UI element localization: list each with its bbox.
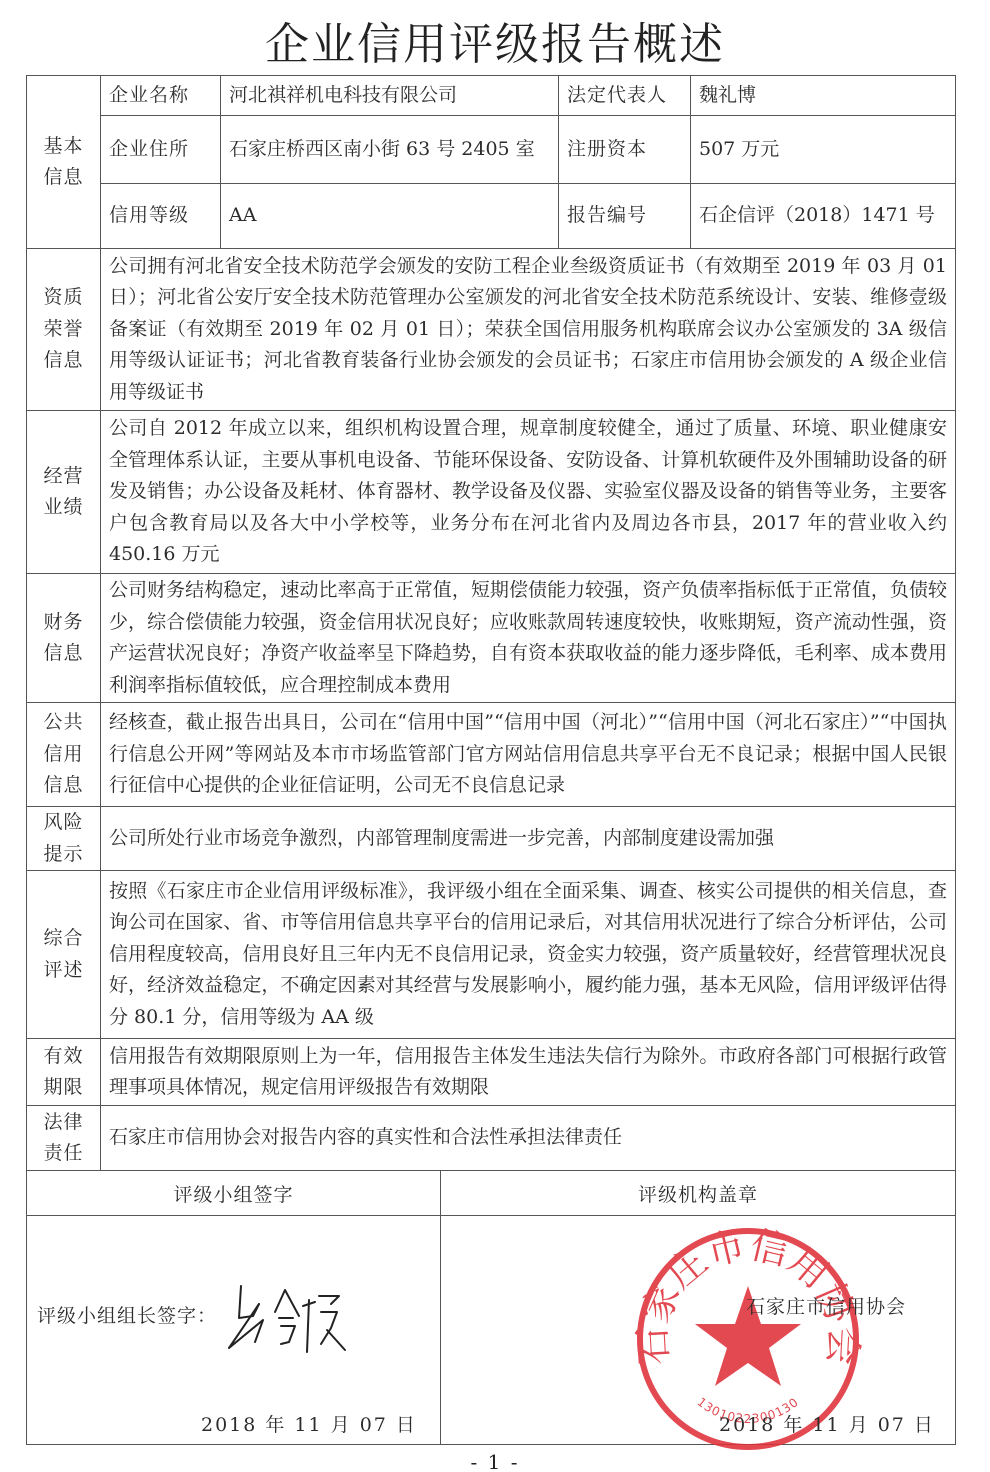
- field-label-legal-rep: 法定代表人: [559, 76, 691, 116]
- label-line: 经营: [35, 461, 92, 493]
- section-label: 综合 评述: [27, 871, 101, 1039]
- signature-header-row: 评级小组签字 评级机构盖章: [27, 1171, 956, 1216]
- field-label-registered-capital: 注册资本: [559, 116, 691, 184]
- signature-body-row: 评级小组组长签字： 2018 年 11 月 07 日: [27, 1216, 956, 1445]
- field-value-credit-rating: AA: [221, 184, 559, 249]
- signature-table: 评级小组签字 评级机构盖章 评级小组组长签字： 2018 年: [26, 1170, 956, 1445]
- label-line: 信息: [35, 770, 92, 802]
- section-content: 公司所处行业市场竞争激烈，内部管理制度需进一步完善，内部制度建设需加强: [101, 807, 956, 871]
- section-label: 财务 信息: [27, 574, 101, 703]
- section-label: 经营 业绩: [27, 411, 101, 574]
- field-value-legal-rep: 魏礼博: [691, 76, 956, 116]
- agency-seal-date: 2018 年 11 月 07 日: [719, 1410, 935, 1437]
- label-line: 法律: [35, 1107, 92, 1139]
- section-content: 公司自 2012 年成立以来，组织机构设置合理，规章制度较健全，通过了质量、环境…: [101, 411, 956, 574]
- section-content: 按照《石家庄市企业信用评级标准》，我评级小组在全面采集、调查、核实公司提供的相关…: [101, 871, 956, 1039]
- label-line: 信息: [35, 638, 92, 670]
- section-content: 信用报告有效期限原则上为一年，信用报告主体发生违法失信行为除外。市政府各部门可根…: [101, 1039, 956, 1106]
- handwritten-signature-icon: [223, 1282, 353, 1362]
- field-label-address: 企业住所: [101, 116, 221, 184]
- section-content: 石家庄市信用协会对报告内容的真实性和合法性承担法律责任: [101, 1106, 956, 1171]
- field-value-company-name: 河北祺祥机电科技有限公司: [221, 76, 559, 116]
- team-leader-signature-label: 评级小组组长签字：: [37, 1301, 217, 1328]
- field-label-company-name: 企业名称: [101, 76, 221, 116]
- section-label: 资质 荣誉 信息: [27, 249, 101, 411]
- label-line: 信息: [35, 345, 92, 377]
- section-content: 经核查，截止报告出具日，公司在“信用中国”“信用中国（河北）”“信用中国（河北石…: [101, 703, 956, 807]
- label-line: 公共: [35, 707, 92, 739]
- section-row-financial-info: 财务 信息 公司财务结构稳定，速动比率高于正常值，短期偿债能力较强，资产负债率指…: [27, 574, 956, 703]
- basic-info-row: 信用等级 AA 报告编号 石企信评（2018）1471 号: [27, 184, 956, 249]
- label-line: 提示: [35, 839, 92, 871]
- label-line: 风险: [35, 807, 92, 839]
- label-line: 资质: [35, 282, 92, 314]
- rating-agency-seal-header: 评级机构盖章: [441, 1171, 956, 1216]
- field-label-credit-rating: 信用等级: [101, 184, 221, 249]
- field-value-registered-capital: 507 万元: [691, 116, 956, 184]
- section-row-summary: 综合 评述 按照《石家庄市企业信用评级标准》，我评级小组在全面采集、调查、核实公…: [27, 871, 956, 1039]
- report-table: 基本 信息 企业名称 河北祺祥机电科技有限公司 法定代表人 魏礼博 企业住所 石…: [26, 75, 956, 1171]
- section-row-qualifications: 资质 荣誉 信息 公司拥有河北省安全技术防范学会颁发的安防工程企业叁级资质证书（…: [27, 249, 956, 411]
- section-label: 风险 提示: [27, 807, 101, 871]
- label-line: 评述: [35, 955, 92, 987]
- field-label-report-number: 报告编号: [559, 184, 691, 249]
- section-row-public-credit: 公共 信用 信息 经核查，截止报告出具日，公司在“信用中国”“信用中国（河北）”…: [27, 703, 956, 807]
- agency-seal-cell: 石家庄市信用协会 1301022300130 石家庄市信用协会 2018 年 1…: [441, 1216, 956, 1445]
- section-label-basic-info: 基本 信息: [27, 76, 101, 249]
- section-row-validity: 有效 期限 信用报告有效期限原则上为一年，信用报告主体发生违法失信行为除外。市政…: [27, 1039, 956, 1106]
- label-line: 有效: [35, 1041, 92, 1073]
- section-content: 公司拥有河北省安全技术防范学会颁发的安防工程企业叁级资质证书（有效期至 2019…: [101, 249, 956, 411]
- basic-info-row: 企业住所 石家庄桥西区南小街 63 号 2405 室 注册资本 507 万元: [27, 116, 956, 184]
- label-line: 责任: [35, 1138, 92, 1170]
- label-line: 期限: [35, 1072, 92, 1104]
- label-line: 财务: [35, 607, 92, 639]
- label-line: 综合: [35, 923, 92, 955]
- label-line: 信息: [35, 162, 92, 194]
- section-row-business-performance: 经营 业绩 公司自 2012 年成立以来，组织机构设置合理，规章制度较健全，通过…: [27, 411, 956, 574]
- section-content: 公司财务结构稳定，速动比率高于正常值，短期偿债能力较强，资产负债率指标低于正常值…: [101, 574, 956, 703]
- basic-info-row: 基本 信息 企业名称 河北祺祥机电科技有限公司 法定代表人 魏礼博: [27, 76, 956, 116]
- section-label: 有效 期限: [27, 1039, 101, 1106]
- field-value-address: 石家庄桥西区南小街 63 号 2405 室: [221, 116, 559, 184]
- field-value-report-number: 石企信评（2018）1471 号: [691, 184, 956, 249]
- team-signature-date: 2018 年 11 月 07 日: [201, 1410, 417, 1437]
- section-row-risk-warning: 风险 提示 公司所处行业市场竞争激烈，内部管理制度需进一步完善，内部制度建设需加…: [27, 807, 956, 871]
- rating-team-signature-header: 评级小组签字: [27, 1171, 441, 1216]
- section-row-legal-liability: 法律 责任 石家庄市信用协会对报告内容的真实性和合法性承担法律责任: [27, 1106, 956, 1171]
- section-label: 法律 责任: [27, 1106, 101, 1171]
- document-title: 企业信用评级报告概述: [0, 8, 990, 72]
- label-line: 基本: [35, 131, 92, 163]
- label-line: 业绩: [35, 492, 92, 524]
- agency-name: 石家庄市信用协会: [746, 1292, 906, 1319]
- section-label: 公共 信用 信息: [27, 703, 101, 807]
- team-signature-cell: 评级小组组长签字： 2018 年 11 月 07 日: [27, 1216, 441, 1445]
- label-line: 荣誉: [35, 314, 92, 346]
- label-line: 信用: [35, 739, 92, 771]
